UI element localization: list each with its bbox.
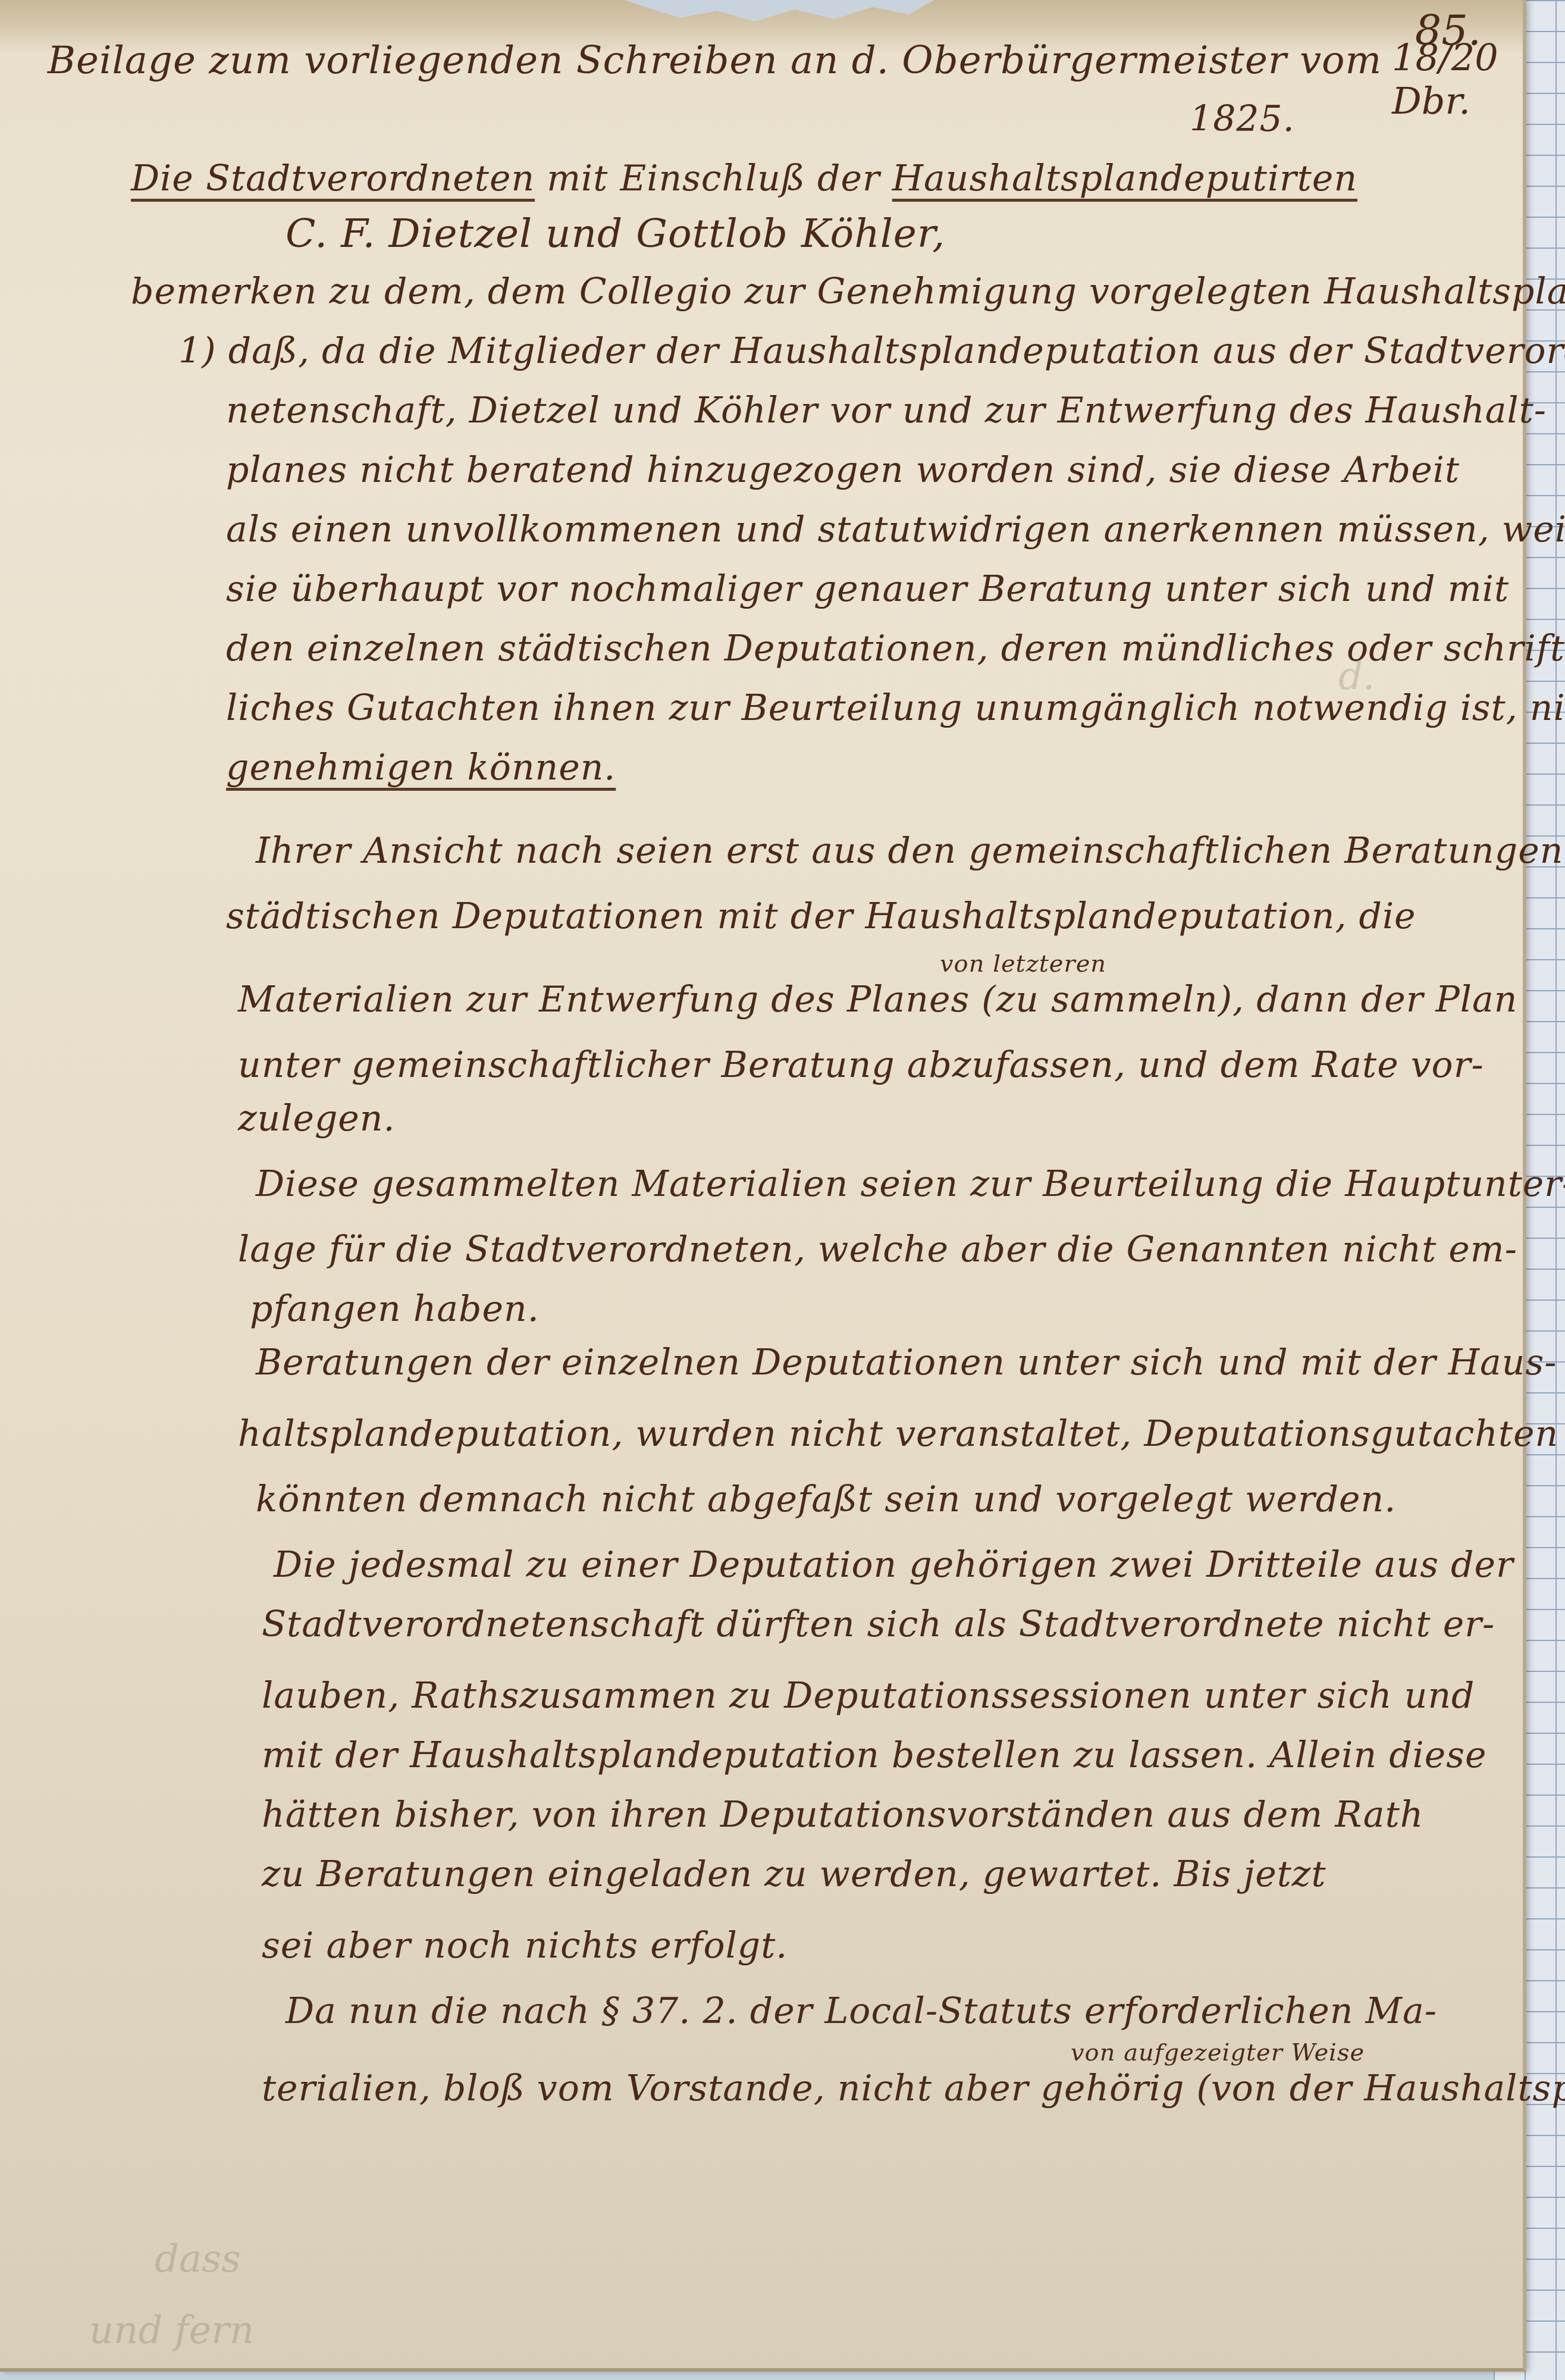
p5-line: zu Beratungen eingeladen zu werden, gewa… [262, 1856, 1326, 1892]
header-year: 1825. [1190, 101, 1295, 137]
p4-line: Beratungen der einzelnen Deputationen un… [256, 1345, 1557, 1380]
names-conjunction: und [545, 211, 623, 256]
p1-line: planes nicht beratend hinzugezogen worde… [226, 452, 1460, 488]
header-date: 18/20 Dbr. [1392, 36, 1523, 123]
p2-line: unter gemeinschaftlicher Beratung abzufa… [238, 1047, 1484, 1083]
p5-line: Stadtverordnetenschaft dürften sich als … [262, 1606, 1495, 1642]
p3-line: Diese gesammelten Materialien seien zur … [256, 1166, 1565, 1202]
p2-interlinear-note: von letzteren [940, 952, 1106, 976]
p6-line: terialien, bloß vom Vorstande, nicht abe… [262, 2071, 1565, 2106]
p6-line: Da nun die nach § 37. 2. der Local-Statu… [286, 1993, 1437, 2029]
names-line: C. F. Dietzel und Gottlob Köhler, [286, 214, 945, 253]
bleed-through: und fern [89, 2309, 254, 2353]
p1-line: sie überhaupt vor nochmaliger genauer Be… [226, 571, 1509, 607]
p1-line: den einzelnen städtischen Deputationen, … [226, 631, 1565, 666]
p4-line: könnten demnach nicht abgefaßt sein und … [256, 1482, 1396, 1517]
p5-line: hätten bisher, von ihren Deputationsvors… [262, 1797, 1423, 1833]
heading-underlined: Haushaltsplandeputirten [892, 158, 1357, 199]
p3-line: lage für die Stadtverordneten, welche ab… [238, 1232, 1517, 1267]
p1-line: 1) daß, da die Mitglieder der Haushaltsp… [178, 333, 1565, 369]
p2-line: städtischen Deputationen mit der Haushal… [226, 898, 1416, 934]
p2-line: zulegen. [238, 1101, 396, 1136]
p5-line: lauben, Rathszusammen zu Deputationssess… [262, 1678, 1475, 1714]
manuscript-page: dass und fern d. 85. Beilage zum vorlieg… [0, 0, 1526, 2372]
name-dietzel: C. F. Dietzel [286, 211, 532, 256]
p2-line: Ihrer Ansicht nach seien erst aus den ge… [256, 833, 1565, 869]
heading: Die Stadtverordneten mit Einschluß der H… [131, 161, 1357, 196]
p2-line: Materialien zur Entwerfung des Planes (z… [238, 982, 1517, 1017]
p1-line: netenschaft, Dietzel und Köhler vor und … [226, 393, 1547, 428]
heading-subject: Die Stadtverordneten [131, 158, 535, 199]
header-line: Beilage zum vorliegenden Schreiben an d.… [48, 42, 1382, 80]
p3-line: pfangen haben. [250, 1291, 540, 1327]
p5-line: mit der Haushaltsplandeputation bestelle… [262, 1737, 1487, 1773]
p1-line: liches Gutachten ihnen zur Beurteilung u… [226, 690, 1565, 726]
name-koehler: Gottlob Köhler, [636, 211, 945, 256]
heading-rest: mit Einschluß der [547, 158, 880, 199]
bleed-through: dass [155, 2237, 241, 2281]
p5-line: Die jedesmal zu einer Deputation gehörig… [274, 1547, 1514, 1583]
p4-line: haltsplandeputation, wurden nicht verans… [238, 1416, 1558, 1452]
p5-line: sei aber noch nichts erfolgt. [262, 1928, 788, 1963]
p1-line: als einen unvollkommenen und statutwidri… [226, 512, 1565, 547]
intro-line: bemerken zu dem, dem Collegio zur Genehm… [131, 274, 1565, 309]
p1-line: genehmigen können. [226, 750, 616, 785]
p6-interlinear-note: von aufgezeigter Weise [1071, 2041, 1365, 2065]
